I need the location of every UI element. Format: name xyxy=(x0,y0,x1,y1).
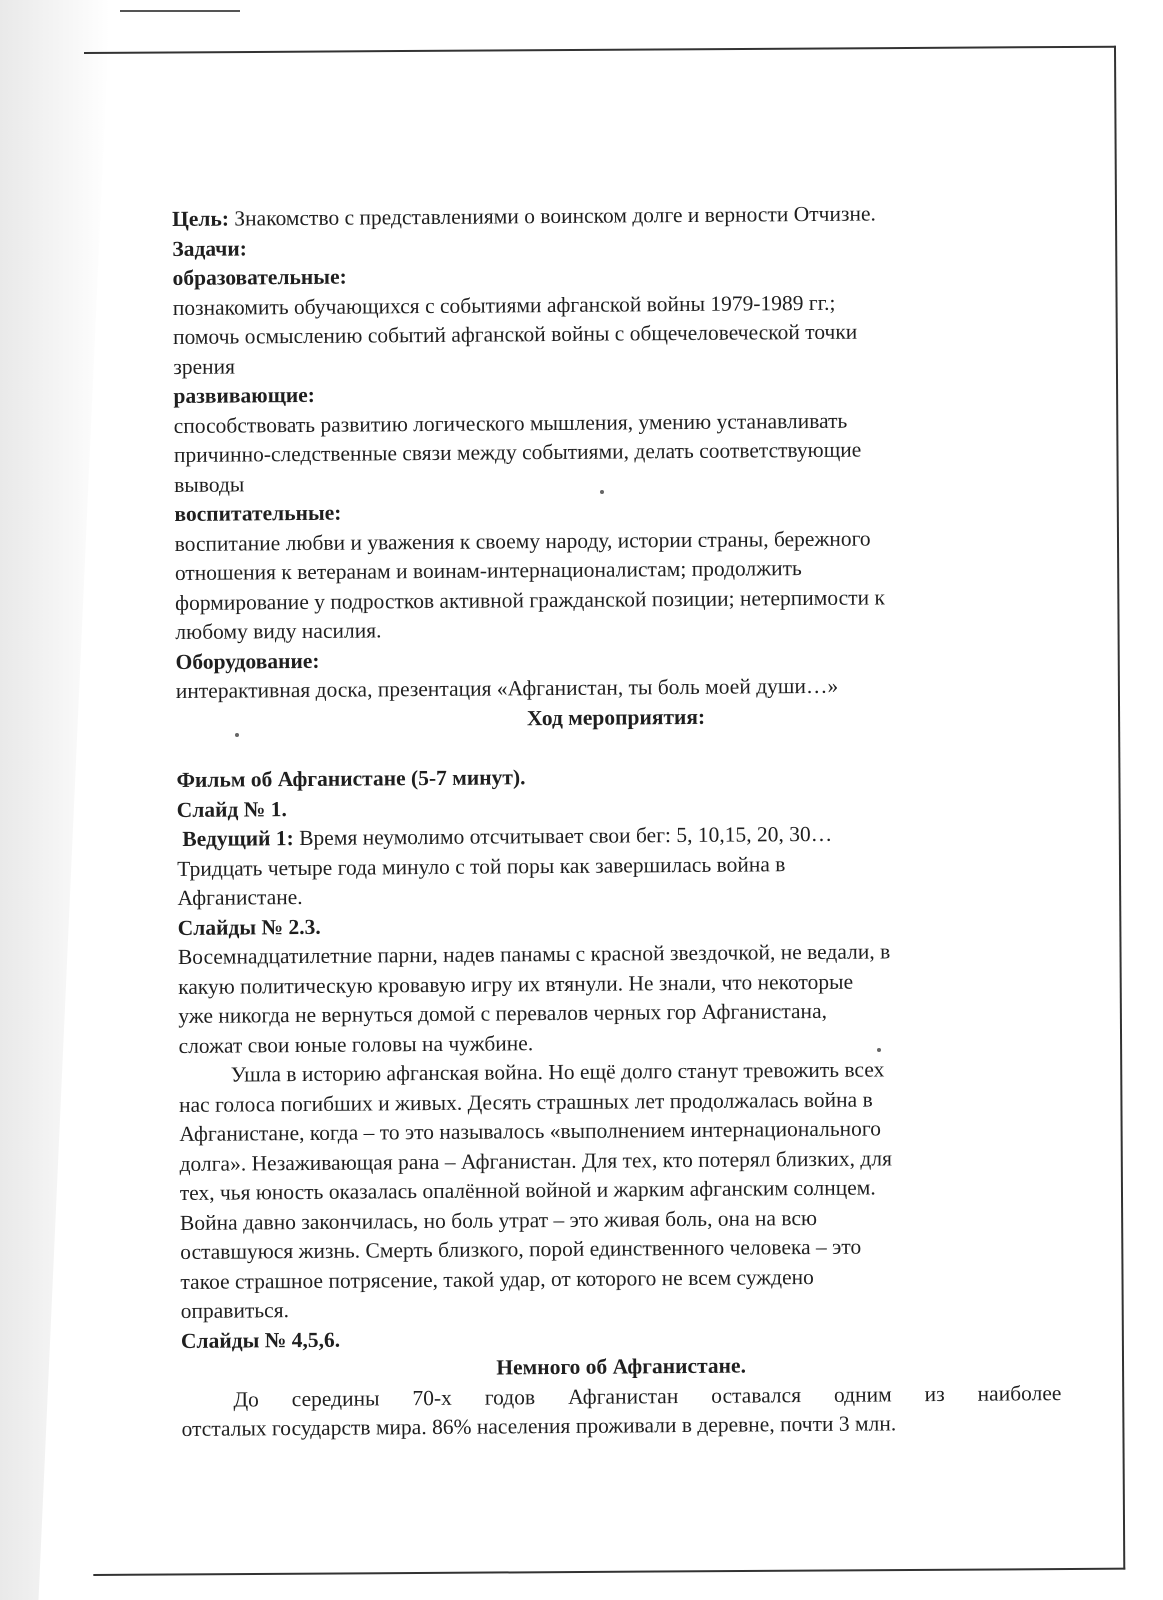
goal-label: Цель: xyxy=(172,207,229,231)
document-body: Цель: Знакомство с представлениями о вои… xyxy=(172,198,1062,1444)
scan-fragment xyxy=(120,2,240,12)
goal-text: Знакомство с представлениями о воинском … xyxy=(229,201,876,230)
speech-text: Время неумолимо отсчитывает свои бег: 5,… xyxy=(294,822,833,850)
speaker-label: Ведущий 1: xyxy=(182,826,294,851)
